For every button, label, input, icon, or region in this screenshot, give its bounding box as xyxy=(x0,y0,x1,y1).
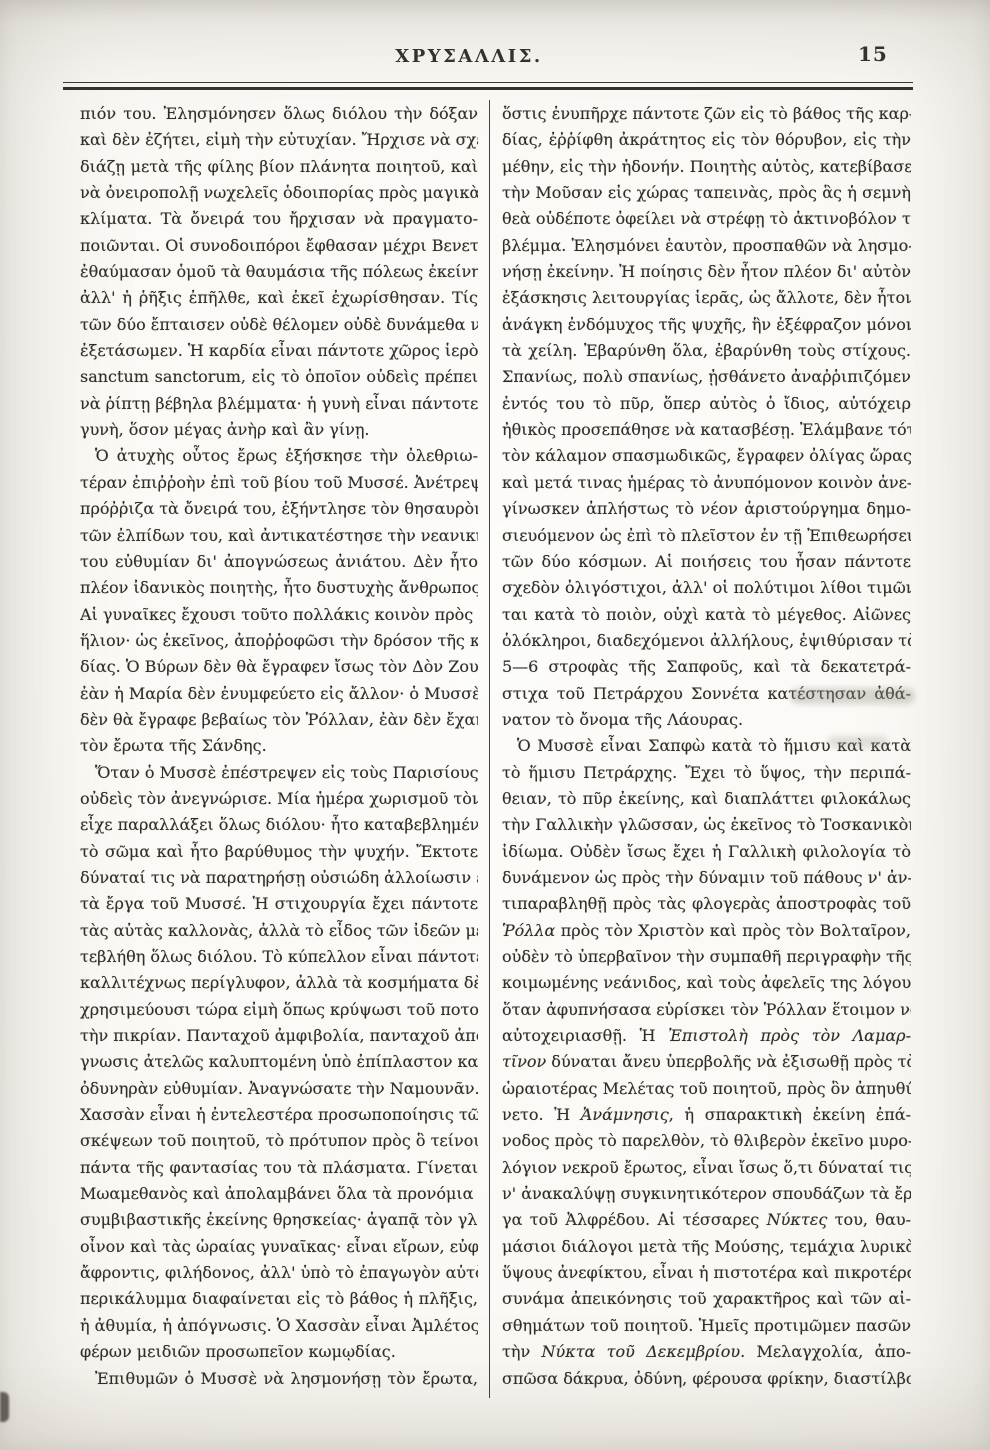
text-line: κλίματα. Τὰ ὄνειρά του ἤρχισαν νὰ πραγμα… xyxy=(80,206,478,232)
text-line: μάσιοι διάλογοι μετὰ τῆς Μούσης, τεμάχια… xyxy=(502,1234,911,1260)
text-line: καὶ δὲν ἐζήτει, εἰμὴ τὴν εὐτυχίαν. Ἤρχισ… xyxy=(80,127,478,153)
text-line: σιευόμενον ὡς ἐπὶ τὸ πλεῖστον ἐν τῇ Ἐπιθ… xyxy=(502,523,911,549)
text-line: πλέον ἰδανικὸς ποιητὴς, ἦτο δυστυχὴς ἄνθ… xyxy=(80,575,478,601)
text-line: μέθην, εἰς τὴν ἡδονήν. Ποιητὴς αὐτὸς, κα… xyxy=(502,154,911,180)
text-line: τεβλήθη ὅλως διόλου. Τὸ κύπελλον εἶναι π… xyxy=(80,944,478,970)
text-line: ἐξετάσωμεν. Ἡ καρδία εἶναι πάντοτε χῶρος… xyxy=(80,338,478,364)
text-line: γίνωσκεν ἀπλήστως τὸ νέον ἀριστούργημα δ… xyxy=(502,496,911,522)
text-line: του εὐθυμίαν δι' ἀπογνώσεως ἀνιάτου. Δὲν… xyxy=(80,549,478,575)
text-line: Ῥόλλα πρὸς τὸν Χριστὸν καὶ πρὸς τὸν Βολτ… xyxy=(502,918,911,944)
text-line: ἀνάγκη ἐνδόμυχος τῆς ψυχῆς, ἣν ἐξέφραζον… xyxy=(502,312,911,338)
text-line: ν' ἀνακαλύψῃ συγκινητικότερον σπουδάζων … xyxy=(502,1181,911,1207)
text-line: τῶν ἐλπίδων του, καὶ ἀντικατέστησε τὴν ν… xyxy=(80,523,478,549)
text-line: γυνὴ, ὅσον μέγας ἀνὴρ καὶ ἂν γίνῃ. xyxy=(80,417,478,443)
text-line: ἐὰν ἡ Μαρία δὲν ἐνυμφεύετο εἰς ἄλλον· ὁ … xyxy=(80,681,478,707)
text-line: γνωσις ἀτελῶς καλυπτομένη ὑπὸ ἐπίπλαστον… xyxy=(80,1049,478,1075)
text-line: Ὅταν ὁ Μυσσὲ ἐπέστρεψεν εἰς τοὺς Παρισίο… xyxy=(80,760,478,786)
text-line: Αἱ γυναῖκες ἔχουσι τοῦτο πολλάκις κοινὸν… xyxy=(80,602,478,628)
text-line: σθημάτων τοῦ ποιητοῦ. Ἡμεῖς προτιμῶμεν π… xyxy=(502,1313,911,1339)
text-line: βλέμμα. Ἐλησμόνει ἑαυτὸν, προσπαθῶν νὰ λ… xyxy=(502,233,911,259)
text-line: Ὁ ἀτυχὴς οὗτος ἔρως ἐξήσκησε τὴν ὀλεθριω… xyxy=(80,443,478,469)
text-line: ἰδίωμα. Οὐδὲν ἴσως ἔχει ἡ Γαλλικὴ φιλολο… xyxy=(502,839,911,865)
right-text-column: ὅστις ἐνυπῆρχε πάντοτε ζῶν εἰς τὸ βάθος … xyxy=(502,101,911,1392)
text-line: ἄφροντις, φιλήδονος, ἀλλ' ὑπὸ τὸ ἐπαγωγὸ… xyxy=(80,1260,478,1286)
text-line: ὡραιοτέρας Μελέτας τοῦ ποιητοῦ, πρὸς ὃν … xyxy=(502,1076,911,1102)
text-line: οἶνον καὶ τὰς ὡραίας γυναῖκας· εἶναι εἴρ… xyxy=(80,1234,478,1260)
text-line: σχεδὸν ὀλιγόστιχοι, ἀλλ' οἱ πολύτιμοι λί… xyxy=(502,575,911,601)
text-line: νὰ ῥίπτῃ βέβηλα βλέμματα· ἡ γυνὴ εἶναι π… xyxy=(80,391,478,417)
text-line: νὰ ὀνειροπολῇ νωχελεῖς ὁδοιπορίας πρὸς μ… xyxy=(80,180,478,206)
journal-title: ΧΡΥΣΑΛΛΙΣ. xyxy=(0,46,938,67)
text-line: τὸ ἥμισυ Πετράρχης. Ἔχει τὸ ὕψος, τὴν πε… xyxy=(502,760,911,786)
text-line: τὴν Νύκτα τοῦ Δεκεμβρίου. Μελαγχολία, ἀπ… xyxy=(502,1339,911,1365)
text-line: τὴν Γαλλικὴν γλῶσσαν, ὡς ἐκεῖνος τὸ Τοσκ… xyxy=(502,812,911,838)
text-line: Μωαμεθανὸς καὶ ἀπολαμβάνει ὅλα τὰ προνόμ… xyxy=(80,1181,478,1207)
text-line: οὐδὲν τὸ ὑπερβαῖνον τὴν συμπαθῆ περιγραφ… xyxy=(502,944,911,970)
text-line: συνάμα ἀπεικόνησις τοῦ χαρακτῆρος καὶ τῶ… xyxy=(502,1286,911,1312)
text-line: ἐξάσκησις λειτουργίας ἱερᾶς, ὡς ἄλλοτε, … xyxy=(502,285,911,311)
text-line: νοδος πρὸς τὸ παρελθὸν, τὸ θλιβερὸν ἐκεῖ… xyxy=(502,1128,911,1154)
text-line: δυνάμενον ὡς πρὸς τὴν δύναμιν τοῦ πάθους… xyxy=(502,865,911,891)
text-line: Ὁ Μυσσὲ εἶναι Σαπφὼ κατὰ τὸ ἥμισυ καὶ κα… xyxy=(502,733,911,759)
text-line: λόγιον νεκροῦ ἔρωτος, εἶναι ἴσως ὅ,τι δύ… xyxy=(502,1155,911,1181)
text-line: οὐδεὶς τὸν ἀνεγνώρισε. Μία ἡμέρα χωρισμο… xyxy=(80,786,478,812)
text-line: νήσῃ ἐκείνην. Ἡ ποίησις δὲν ἦτον πλέον δ… xyxy=(502,259,911,285)
text-line: Χασσὰν εἶναι ἡ ἐντελεστέρα προσωποποίησι… xyxy=(80,1102,478,1128)
text-line: τῖνον δύναται ἄνευ ὑπερβολῆς νὰ ἐξισωθῇ … xyxy=(502,1049,911,1075)
text-line: δύναταί τις νὰ παρατηρήσῃ οὐσιώδη ἀλλοίω… xyxy=(80,865,478,891)
text-line: ὀδυνηρὰν εὐθυμίαν. Ἀναγνώσατε τὴν Ναμουν… xyxy=(80,1076,478,1102)
text-line: θεὰ οὐδέποτε ὀφείλει νὰ στρέφῃ τὸ ἀκτινο… xyxy=(502,206,911,232)
text-line: πάντα τῆς φαντασίας του τὰ πλάσματα. Γίν… xyxy=(80,1155,478,1181)
text-line: ἠθικὸς προσεπάθησε νὰ κατασβέσῃ. Ἐλάμβαν… xyxy=(502,417,911,443)
text-line: τῶν δύο ἔπταισεν οὐδὲ θέλομεν οὐδὲ δυνάμ… xyxy=(80,312,478,338)
text-line: πρόῤῥιζα τὰ ὄνειρά του, ἐξήντλησε τὸν θη… xyxy=(80,496,478,522)
scan-shading xyxy=(0,0,990,26)
text-line: φέρων μειδιῶν προσωπεῖον κωμῳδίας. xyxy=(80,1339,478,1365)
text-line: τὴν Μοῦσαν εἰς χώρας ταπεινὰς, πρὸς ἃς ἡ… xyxy=(502,180,911,206)
header-double-rule xyxy=(63,82,913,90)
text-line: αὐτοχειριασθῇ. Ἡ Ἐπιστολὴ πρὸς τὸν Λαμαρ… xyxy=(502,1023,911,1049)
column-divider-rule xyxy=(489,100,490,1398)
text-line: ἀλλ' ἡ ῥῆξις ἐπῆλθε, καὶ ἐκεῖ ἐχωρίσθησα… xyxy=(80,285,478,311)
text-line: ὁλόκληροι, διαδεχόμενοι ἀλλήλους, ἐψιθύρ… xyxy=(502,628,911,654)
text-line: ὅστις ἐνυπῆρχε πάντοτε ζῶν εἰς τὸ βάθος … xyxy=(502,101,911,127)
text-line: σκέψεων τοῦ ποιητοῦ, τὸ πρότυπον πρὸς ὃ … xyxy=(80,1128,478,1154)
text-line: τῶν δύο κόσμων. Αἱ ποιήσεις του ἦσαν πάν… xyxy=(502,549,911,575)
text-line: νατον τὸ ὄνομα τῆς Λάουρας. xyxy=(502,707,911,733)
text-line: δὲν θὰ ἔγραφε βεβαίως τὸν Ῥόλλαν, ἐὰν δὲ… xyxy=(80,707,478,733)
text-line: ται κατὰ τὸ ποιὸν, οὐχὶ κατὰ τὸ μέγεθος.… xyxy=(502,602,911,628)
text-line: τὰ χείλη. Ἐβαρύνθη ὅλα, ἐβαρύνθη τοὺς στ… xyxy=(502,338,911,364)
text-line: ἐντός του τὸ πῦρ, ὅπερ αὐτὸς ὁ ἴδιος, αὐ… xyxy=(502,391,911,417)
text-line: νετο. Ἡ Ἀνάμνησις, ἡ σπαρακτικὴ ἐκείνη ἐ… xyxy=(502,1102,911,1128)
text-line: συμβιβαστικῆς ἐκείνης θρησκείας· ἀγαπᾷ τ… xyxy=(80,1207,478,1233)
text-line: Ἐπιθυμῶν ὁ Μυσσὲ νὰ λησμονήσῃ τὸν ἔρωτα, xyxy=(80,1366,478,1392)
text-line: τὰς αὐτὰς καλλονὰς, ἀλλὰ τὸ εἶδος τῶν ἰδ… xyxy=(80,918,478,944)
text-line: sanctum sanctorum, εἰς τὸ ὁποῖον οὐδεὶς … xyxy=(80,364,478,390)
text-line: στιχα τοῦ Πετράρχου Σοννέτα κατέστησαν ἀ… xyxy=(502,681,911,707)
text-line: καλλιτέχνως περίγλυφον, ἀλλὰ τὰ κοσμήματ… xyxy=(80,970,478,996)
text-line: γα τοῦ Ἀλφρέδου. Αἱ τέσσαρες Νύκτες του,… xyxy=(502,1207,911,1233)
page-number: 15 xyxy=(858,42,888,66)
text-line: ὅταν ἀφυπνήσασα εὑρίσκει τὸν Ῥόλλαν ἕτοι… xyxy=(502,997,911,1023)
text-line: δίας, ἐῤῥίφθη ἀκράτητος εἰς τὸν θόρυβον,… xyxy=(502,127,911,153)
text-line: τιπαραβληθῇ πρὸς τὰς φλογερὰς ἀποστροφὰς… xyxy=(502,891,911,917)
text-line: σπῶσα δάκρυα, ὀδύνη, φέρουσα φρίκην, δια… xyxy=(502,1366,911,1392)
text-line: τέραν ἐπιῤῥοὴν ἐπὶ τοῦ βίου τοῦ Μυσσέ. Ἀ… xyxy=(80,470,478,496)
text-line: ἐθαύμασαν ὁμοῦ τὰ θαυμάσια τῆς πόλεως ἐκ… xyxy=(80,259,478,285)
text-line: εἶχε παραλλάξει ὅλως διόλου· ἦτο καταβεβ… xyxy=(80,812,478,838)
text-line: τὸ σῶμα καὶ ἦτο βαρύθυμος τὴν ψυχήν. Ἔκτ… xyxy=(80,839,478,865)
text-line: τὰ ἔργα τοῦ Μυσσέ. Ἡ στιχουργία ἔχει πάν… xyxy=(80,891,478,917)
text-line: κοιμωμένης νεάνιδος, καὶ τοὺς ἀφελεῖς τη… xyxy=(502,970,911,996)
text-line: τὴν πικρίαν. Πανταχοῦ ἀμφιβολία, πανταχο… xyxy=(80,1023,478,1049)
left-text-column: πιόν του. Ἐλησμόνησεν ὅλως διόλου τὴν δό… xyxy=(80,101,478,1392)
text-line: καὶ μετά τινας ἡμέρας τὸ ἀνυπόμονον κοιν… xyxy=(502,470,911,496)
text-line: διάζῃ μετὰ τῆς φίλης βίον πλάνητα ποιητο… xyxy=(80,154,478,180)
text-line: ἥλιον· ὡς ἐκεῖνος, ἀποῤῥοφῶσι τὴν δρόσον… xyxy=(80,628,478,654)
scan-edge-mark xyxy=(0,1392,9,1422)
text-line: θειαν, τὸ πῦρ ἐκείνης, καὶ διαπλάττει φι… xyxy=(502,786,911,812)
text-line: χρησιμεύουσι τώρα εἰμὴ ὅπως κρύψωσι τοῦ … xyxy=(80,997,478,1023)
text-line: πιόν του. Ἐλησμόνησεν ὅλως διόλου τὴν δό… xyxy=(80,101,478,127)
text-line: ὕψους ἀνεφίκτου, εἶναι ἡ πιστοτέρα καὶ π… xyxy=(502,1260,911,1286)
text-line: ἡ ἀθυμία, ἡ ἀπόγνωσις. Ὁ Χασσὰν εἶναι Ἀμ… xyxy=(80,1313,478,1339)
text-line: τὸν ἔρωτα τῆς Σάνδης. xyxy=(80,733,478,759)
text-line: Σπανίως, πολὺ σπανίως, ᾐσθάνετο ἀναῤῥιπι… xyxy=(502,364,911,390)
text-line: δίας. Ὁ Βύρων δὲν θὰ ἔγραφεν ἴσως τὸν Δὸ… xyxy=(80,654,478,680)
text-line: 5—6 στροφὰς τῆς Σαπφοῦς, καὶ τὰ δεκατετρ… xyxy=(502,654,911,680)
text-line: ποιῶνται. Οἱ συνοδοιπόροι ἔφθασαν μέχρι … xyxy=(80,233,478,259)
text-line: τὸν κάλαμον σπασμωδικῶς, ἔγραφεν ὀλίγας … xyxy=(502,443,911,469)
scanned-journal-page: ΧΡΥΣΑΛΛΙΣ. 15 πιόν του. Ἐλησμόνησεν ὅλως… xyxy=(0,0,990,1450)
text-line: περικάλυμμα διαφαίνεται εἰς τὸ βάθος ἡ π… xyxy=(80,1286,478,1312)
